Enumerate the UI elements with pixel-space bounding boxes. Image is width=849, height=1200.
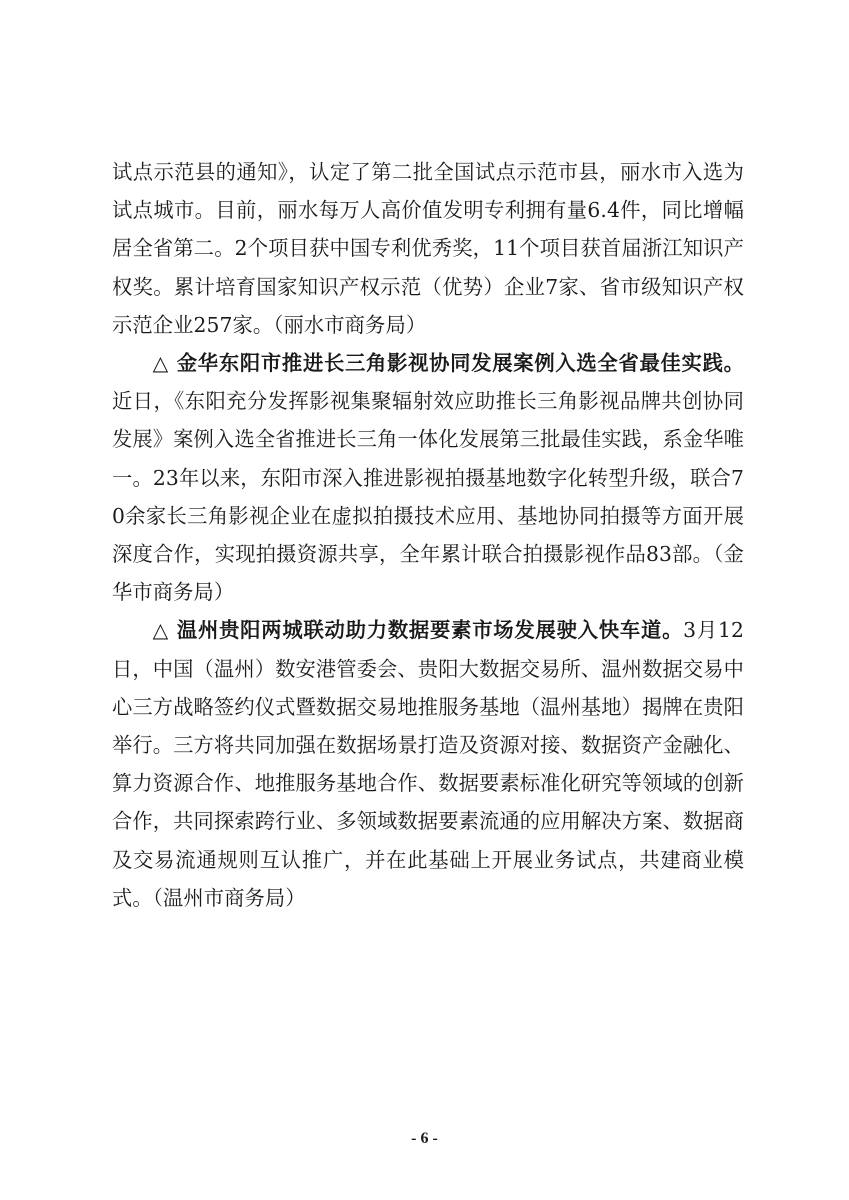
page-number: - 6 - [0, 1130, 849, 1148]
paragraph-text: 3月12日，中国（温州）数安港管委会、贵阳大数据交易所、温州数据交易中心三方战略… [112, 618, 744, 909]
paragraph-heading: △ 金华东阳市推进长三角影视协同发展案例入选全省最佳实践。 [153, 351, 744, 375]
paragraph-heading: △ 温州贵阳两城联动助力数据要素市场发展驶入快车道。 [153, 618, 684, 642]
paragraph-wenzhou: △ 温州贵阳两城联动助力数据要素市场发展驶入快车道。3月12日，中国（温州）数安… [112, 611, 744, 917]
paragraph-text: 试点示范县的通知》，认定了第二批全国试点示范市县，丽水市入选为试点城市。目前，丽… [112, 160, 744, 337]
paragraph-jinhua: △ 金华东阳市推进长三角影视协同发展案例入选全省最佳实践。近日，《东阳充分发挥影… [112, 344, 744, 611]
document-page: 试点示范县的通知》，认定了第二批全国试点示范市县，丽水市入选为试点城市。目前，丽… [112, 153, 744, 917]
paragraph-text: 近日，《东阳充分发挥影视集聚辐射效应助推长三角影视品牌共创协同发展》案例入选全省… [112, 389, 744, 604]
paragraph-lishui: 试点示范县的通知》，认定了第二批全国试点示范市县，丽水市入选为试点城市。目前，丽… [112, 153, 744, 344]
